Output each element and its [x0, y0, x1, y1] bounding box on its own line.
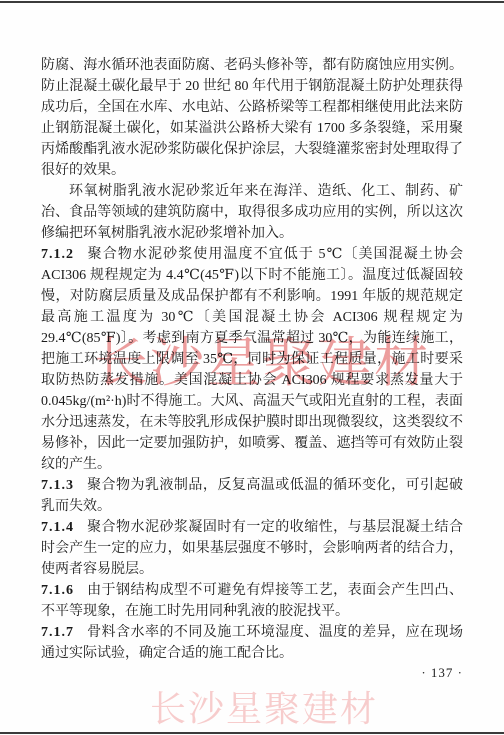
clause-text: 聚合物水泥砂浆使用温度不宜低于 5℃〔美国混凝土协会 ACI306 规程规定为 …: [41, 247, 463, 472]
clause-number: 7.1.3: [41, 478, 74, 493]
scan-edge-top: [0, 1, 504, 3]
clause-paragraph: 7.1.7骨料含水率的不同及施工环境湿度、温度的差异，应在现场通过实际试验，确定…: [41, 622, 463, 664]
scan-edge-bottom: [0, 732, 504, 734]
clause-text: 骨料含水率的不同及施工环境湿度、温度的差异，应在现场通过实际试验，确定合适的施工…: [41, 625, 463, 661]
clause-text: 聚合物水泥砂浆凝固时有一定的收缩性，与基层混凝土结合时会产生一定的应力，如果基层…: [41, 520, 463, 577]
page-number: · 137 ·: [421, 665, 463, 681]
clause-paragraph: 7.1.4聚合物水泥砂浆凝固时有一定的收缩性，与基层混凝土结合时会产生一定的应力…: [41, 517, 463, 580]
clause-number: 7.1.4: [41, 520, 74, 535]
watermark-bottom: 长沙星聚建材: [150, 691, 378, 727]
clause-number: 7.1.2: [41, 247, 74, 262]
book-page: 防腐、海水循环池表面防腐、老码头修补等，都有防腐蚀应用实例。防止混凝土碳化最早于…: [0, 0, 504, 735]
clause-paragraph: 7.1.3聚合物为乳液制品，反复高温或低温的循环变化，可引起破乳而失效。: [41, 475, 463, 517]
clause-paragraph: 7.1.6由于钢结构成型不可避免有焊接等工艺，表面会产生凹凸、不平等现象，在施工…: [41, 580, 463, 622]
clause-text: 由于钢结构成型不可避免有焊接等工艺，表面会产生凹凸、不平等现象，在施工时先用同种…: [41, 583, 463, 619]
clause-paragraph: 7.1.2聚合物水泥砂浆使用温度不宜低于 5℃〔美国混凝土协会 ACI306 规…: [41, 244, 463, 475]
clause-number: 7.1.7: [41, 625, 74, 640]
clause-number: 7.1.6: [41, 583, 74, 598]
clause-text: 聚合物为乳液制品，反复高温或低温的循环变化，可引起破乳而失效。: [41, 478, 463, 514]
body-paragraph: 防腐、海水循环池表面防腐、老码头修补等，都有防腐蚀应用实例。防止混凝土碳化最早于…: [41, 55, 463, 181]
body-paragraph: 环氧树脂乳液水泥砂浆近年来在海洋、造纸、化工、制药、矿冶、食品等领域的建筑防腐中…: [41, 181, 463, 244]
body-text-block: 防腐、海水循环池表面防腐、老码头修补等，都有防腐蚀应用实例。防止混凝土碳化最早于…: [41, 55, 463, 664]
